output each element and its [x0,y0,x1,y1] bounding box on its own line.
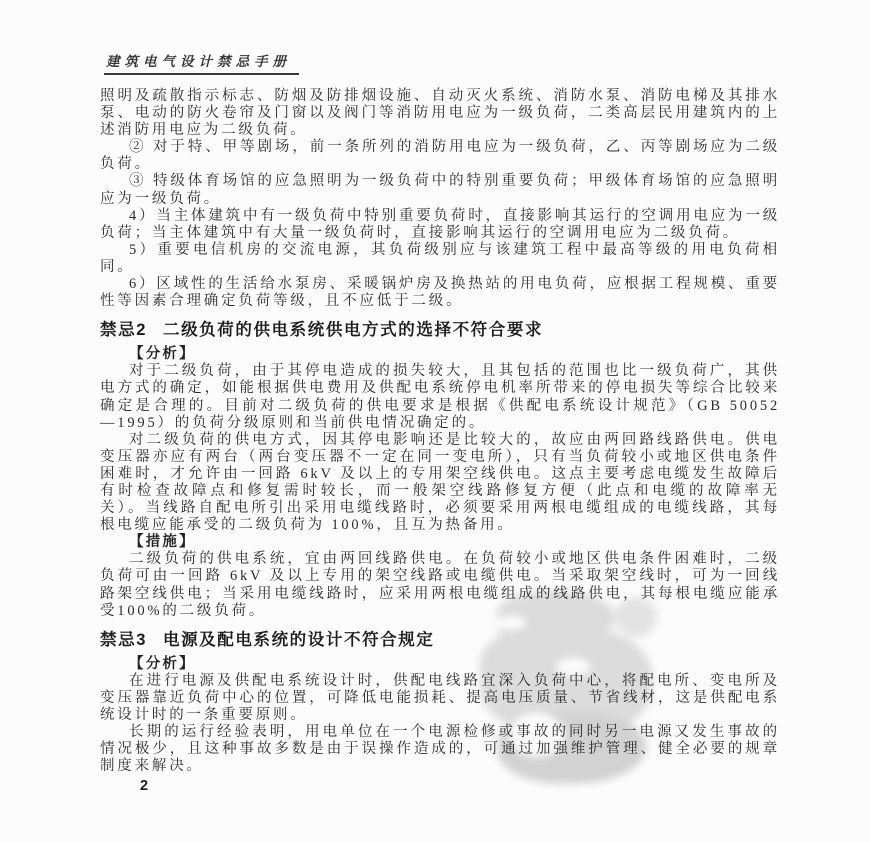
section-number: 禁忌2 [100,321,147,339]
book-title: 建筑电气设计禁忌手册 [106,54,291,70]
document-body: 照明及疏散指示标志、防烟及防排烟设施、自动灭火系统、消防水泵、消防电梯及其排水泵… [100,88,780,794]
section-title: 二级负荷的供电系统供电方式的选择不符合要求 [163,321,543,339]
block-label: 【措施】 [100,534,780,551]
section-number: 禁忌3 [100,631,147,649]
section-heading: 禁忌3电源及配电系统的设计不符合规定 [100,631,780,650]
paragraph: 二级负荷的供电系统，宜由两回线路供电。在负荷较小或地区供电条件困难时，二级负荷可… [100,551,780,619]
document-blocks: 照明及疏散指示标志、防烟及防排烟设施、自动灭火系统、消防水泵、消防电梯及其排水泵… [100,88,780,775]
paragraph: ③ 特级体育场馆的应急照明为一级负荷中的特别重要负荷；甲级体育场馆的应急照明应为… [100,173,780,207]
paragraph: ② 对于特、甲等剧场，前一条所列的消防用电应为一级负荷，乙、丙等剧场应为二级负荷… [100,139,780,173]
paragraph: 5）重要电信机房的交流电源，其负荷级别应与该建筑工程中最高等级的用电负荷相同。 [100,242,780,276]
paragraph: 对于二级负荷，由于其停电造成的损失较大，且其包括的范围也比一级负荷广，其供电方式… [100,363,780,431]
section-heading: 禁忌2二级负荷的供电系统供电方式的选择不符合要求 [100,321,780,340]
paragraph: 对二级负荷的供电方式，因其停电影响还是比较大的，故应由两回路线路供电。供电变压器… [100,432,780,535]
block-label: 【分析】 [100,656,780,673]
paragraph: 6）区域性的生活给水泵房、采暖锅炉房及换热站的用电负荷，应根据工程规模、重要性等… [100,276,780,310]
page-number: 2 [140,778,780,794]
section-title: 电源及配电系统的设计不符合规定 [163,631,435,649]
paragraph: 在进行电源及供配电系统设计时，供配电线路宜深入负荷中心，将配电所、变电所及变压器… [100,673,780,724]
paragraph: 4）当主体建筑中有一级负荷中特别重要负荷时，直接影响其运行的空调用电应为一级负荷… [100,208,780,242]
running-head: 建筑电气设计禁忌手册 [104,50,299,75]
paragraph: 照明及疏散指示标志、防烟及防排烟设施、自动灭火系统、消防水泵、消防电梯及其排水泵… [100,88,780,139]
scanned-page: 建筑电气设计禁忌手册 照明及疏散指示标志、防烟及防排烟设施、自动灭火系统、消防水… [0,0,870,842]
block-label: 【分析】 [100,346,780,363]
paragraph: 长期的运行经验表明，用电单位在一个电源检修或事故的同时另一电源又发生事故的情况极… [100,724,780,775]
